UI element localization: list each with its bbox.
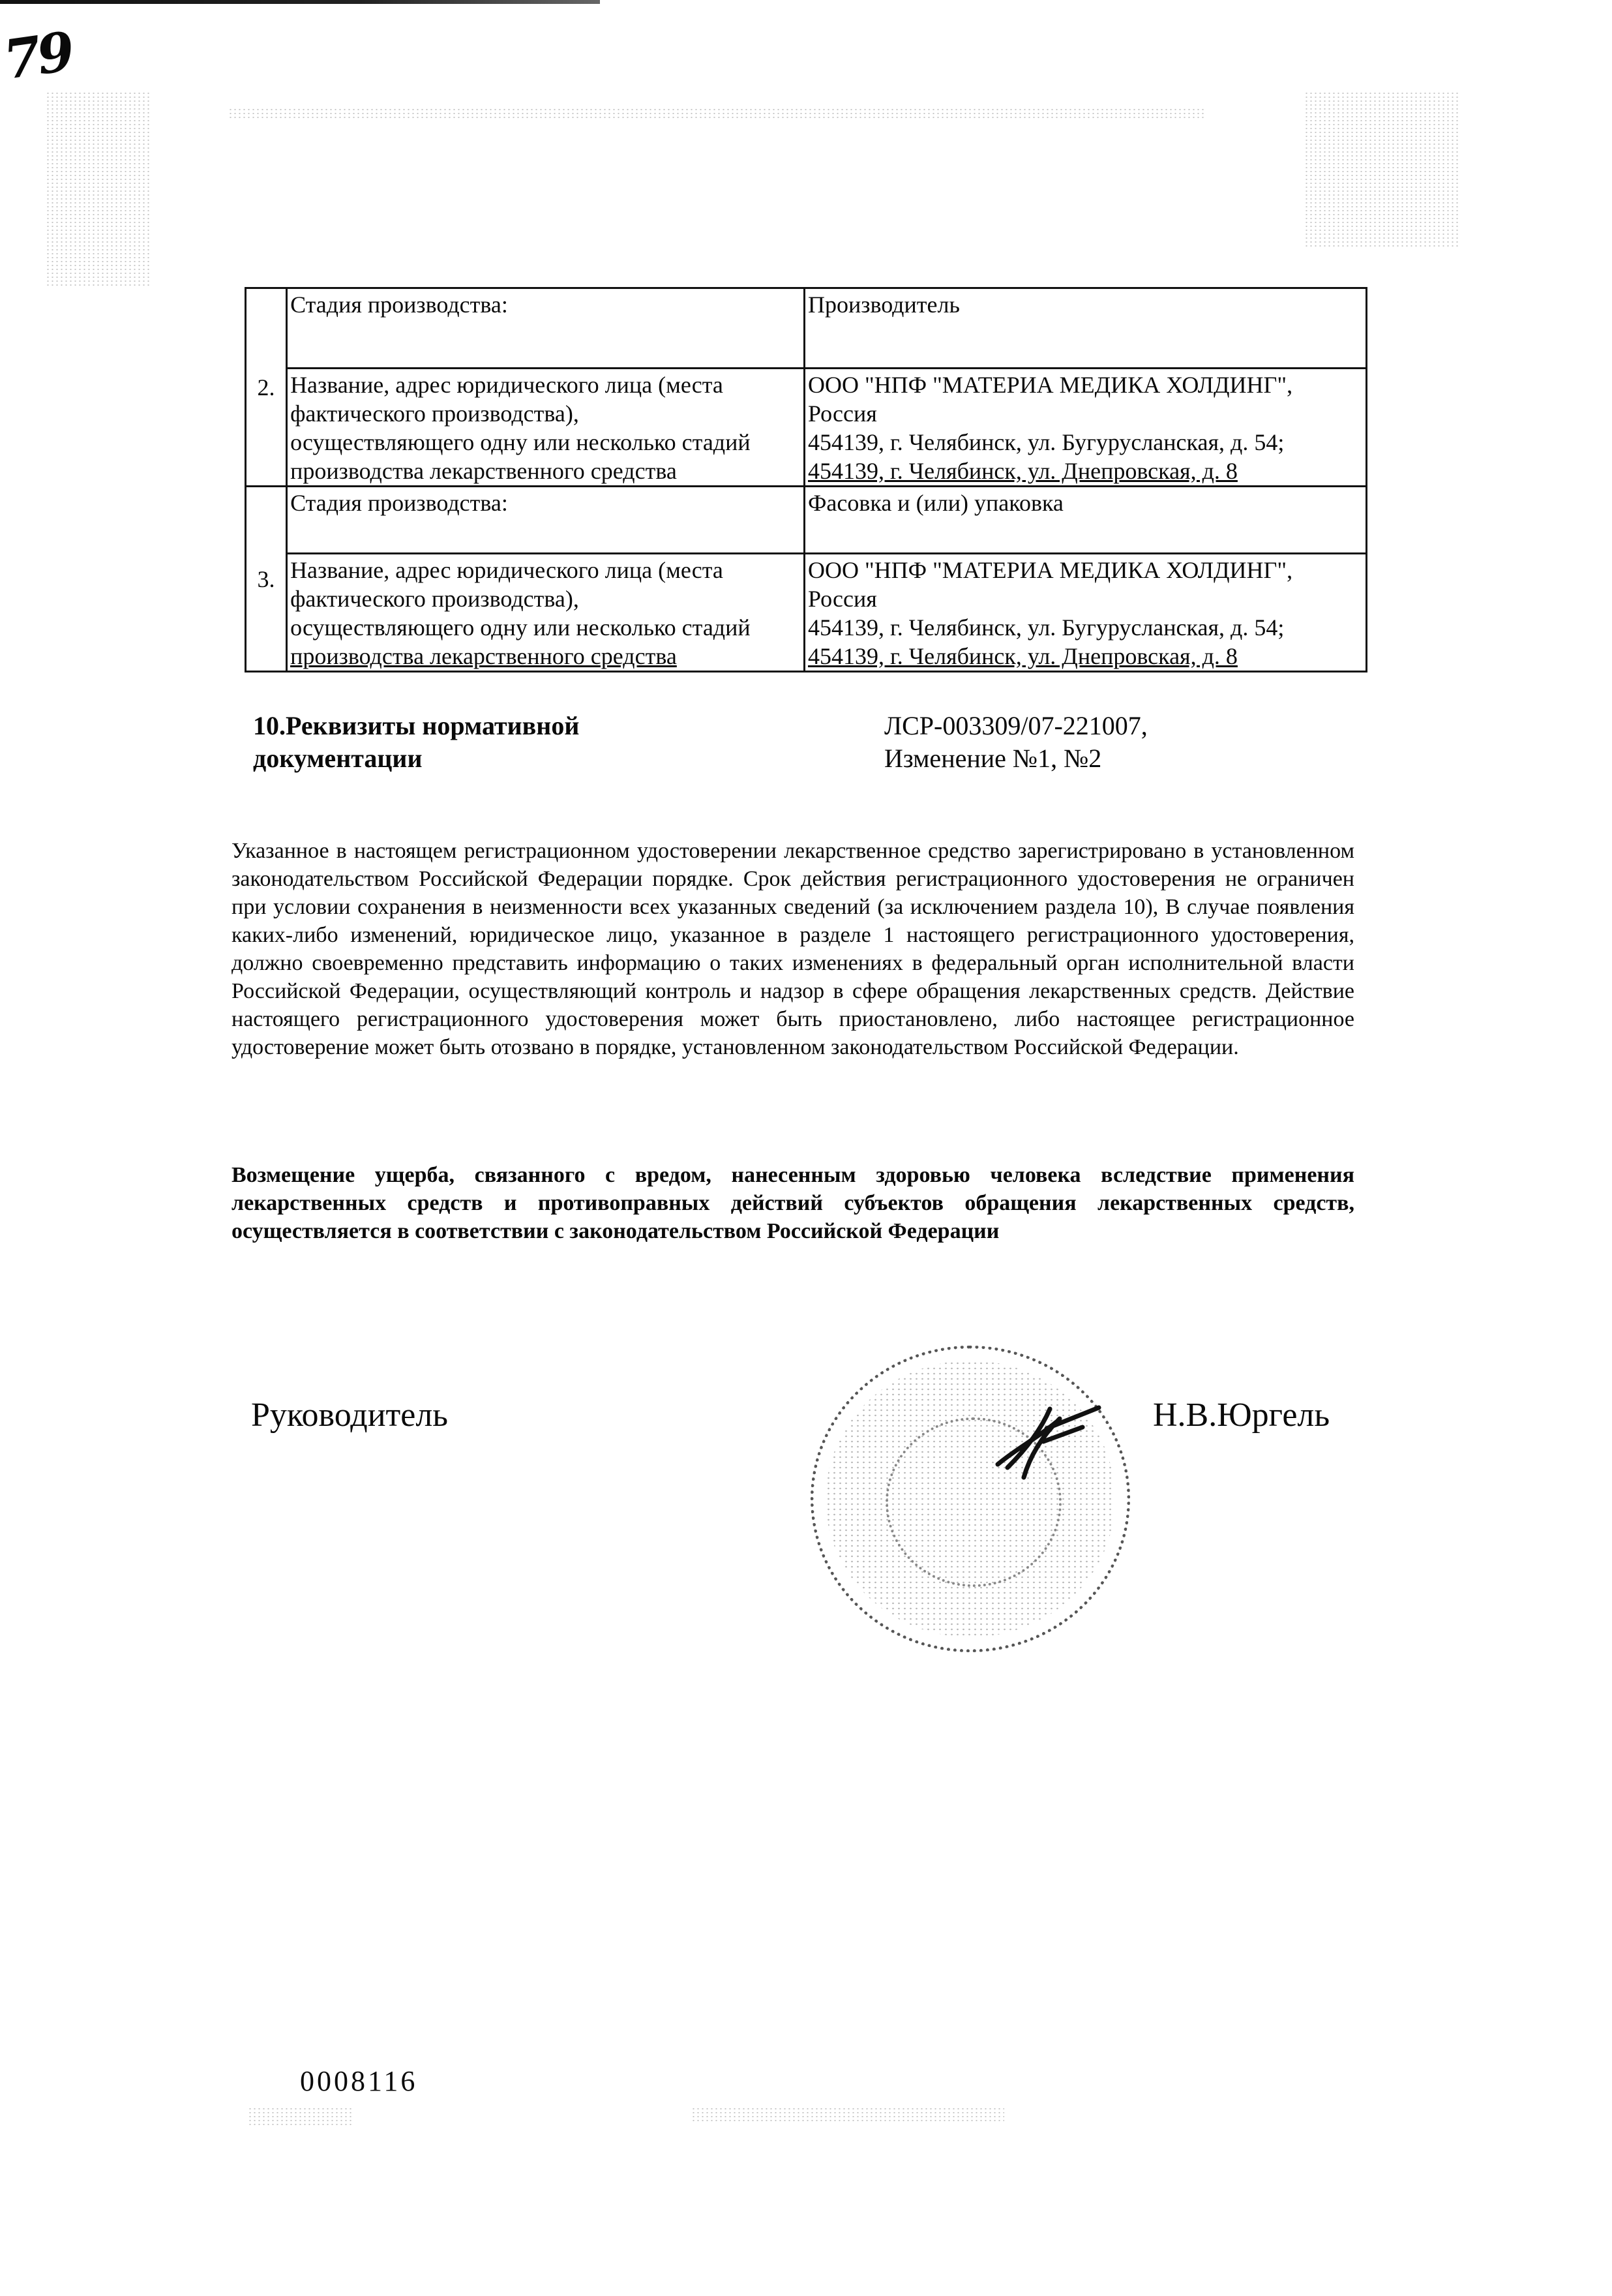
signatory-role: Руководитель [251, 1396, 448, 1434]
legal-entity-label: Название, адрес юридического лица (места… [287, 369, 805, 487]
table-row: 3. Стадия производства: Фасовка и (или) … [246, 487, 1367, 554]
section-10-value: ЛСР-003309/07-221007, Изменение №1, №2 [884, 710, 1341, 775]
legal-entity-value: ООО "НПФ "МАТЕРИА МЕДИКА ХОЛДИНГ", Росси… [804, 369, 1366, 487]
row-number: 3. [246, 487, 287, 672]
legal-entity-label: Название, адрес юридического лица (места… [287, 554, 805, 672]
scan-artifact [248, 2107, 352, 2126]
stage-label: Стадия производства: [287, 487, 805, 554]
official-round-seal-icon [811, 1346, 1130, 1652]
stage-value: Фасовка и (или) упаковка [804, 487, 1366, 554]
registration-validity-paragraph: Указанное в настоящем регистрационном уд… [231, 837, 1354, 1061]
scan-artifact [228, 108, 1206, 119]
signatory-name: Н.В.Юргель [1153, 1396, 1330, 1434]
table-row: Название, адрес юридического лица (места… [246, 554, 1367, 672]
form-serial-number: 0008116 [300, 2064, 417, 2098]
handwritten-signature-icon [985, 1402, 1154, 1481]
production-stages-table: 2. Стадия производства: Производитель На… [245, 287, 1367, 672]
table-row: 2. Стадия производства: Производитель [246, 288, 1367, 369]
handwritten-page-number: 79 [0, 20, 74, 91]
scan-top-edge [0, 0, 600, 4]
table-row: Название, адрес юридического лица (места… [246, 369, 1367, 487]
row-number: 2. [246, 288, 287, 487]
section-10-title: 10.Реквизиты нормативной документации [253, 710, 709, 775]
legal-entity-value: ООО "НПФ "МАТЕРИА МЕДИКА ХОЛДИНГ", Росси… [804, 554, 1366, 672]
stage-value: Производитель [804, 288, 1366, 369]
scan-artifact [46, 91, 150, 287]
scan-artifact [691, 2107, 1004, 2122]
scan-artifact [1304, 91, 1461, 248]
damage-compensation-paragraph: Возмещение ущерба, связанного с вредом, … [231, 1161, 1354, 1245]
stage-label: Стадия производства: [287, 288, 805, 369]
